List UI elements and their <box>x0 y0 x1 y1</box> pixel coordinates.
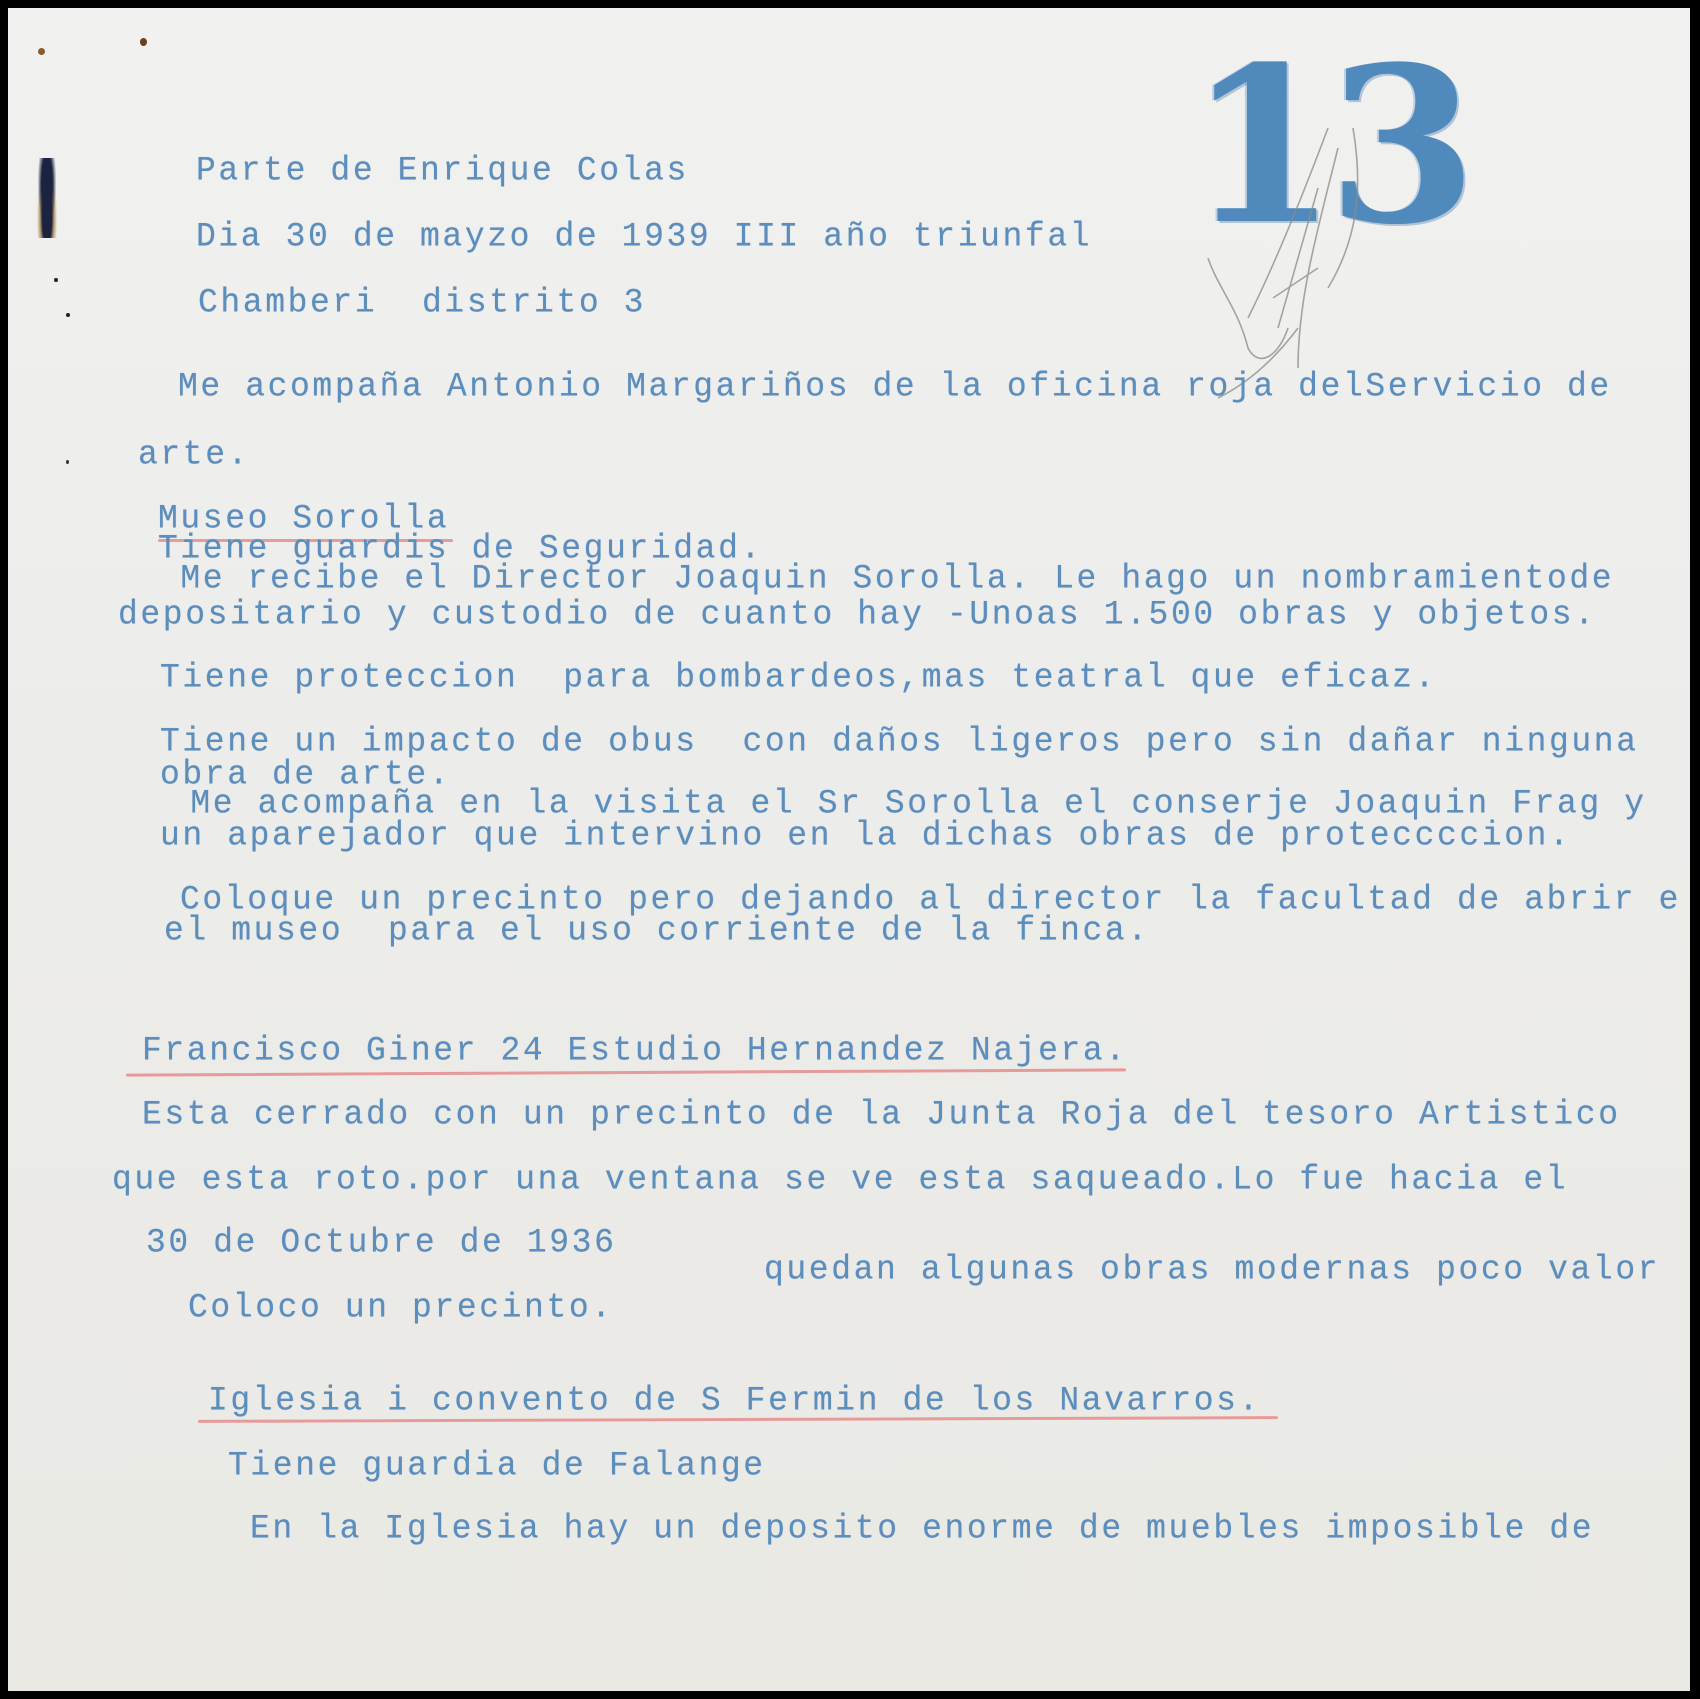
district-line: Chamberi distrito 3 <box>198 285 646 320</box>
intro-line-1: Me acompaña Antonio Margariños de la ofi… <box>178 369 1612 404</box>
section-line: Me recibe el Director Joaquin Sorolla. L… <box>158 561 1614 596</box>
section-line: Coloco un precinto. <box>188 1290 614 1325</box>
section-line: el museo para el uso corriente de la fin… <box>164 913 1150 948</box>
section-line: un aparejador que intervino en la dichas… <box>160 818 1571 853</box>
typed-document-page: 13 Parte de Enrique Colas Dia 30 de mayz… <box>8 8 1690 1691</box>
section-line: que esta roto.por una ventana se ve esta… <box>112 1162 1568 1197</box>
section-title-iglesia-san-fermin: Iglesia i convento de S Fermin de los Na… <box>208 1383 1261 1418</box>
section-line: Tiene guardia de Falange <box>228 1448 766 1483</box>
section-line: depositario y custodio de cuanto hay -Un… <box>118 597 1597 632</box>
staple-hole-mark <box>36 158 58 238</box>
margin-dot <box>66 460 69 464</box>
section-line: quedan algunas obras modernas poco valor <box>764 1252 1660 1287</box>
section-line: Tiene un impacto de obus con daños liger… <box>160 724 1639 759</box>
section-line: En la Iglesia hay un deposito enorme de … <box>250 1511 1594 1546</box>
intro-line-2: arte. <box>138 437 250 472</box>
margin-dot <box>54 278 58 282</box>
author-line: Parte de Enrique Colas <box>196 153 689 188</box>
pencil-signature-scribble <box>1178 68 1438 408</box>
date-line: Dia 30 de mayzo de 1939 III año triunfal <box>196 219 1092 254</box>
margin-dot <box>66 313 70 317</box>
section-line: Esta cerrado con un precinto de la Junta… <box>142 1097 1621 1132</box>
section-line: 30 de Octubre de 1936 <box>146 1225 616 1260</box>
rust-spot <box>140 38 147 46</box>
rust-spot <box>38 48 45 55</box>
section-title-francisco-giner: Francisco Giner 24 Estudio Hernandez Naj… <box>142 1033 1128 1068</box>
section-line: Tiene proteccion para bombardeos,mas tea… <box>160 660 1437 695</box>
